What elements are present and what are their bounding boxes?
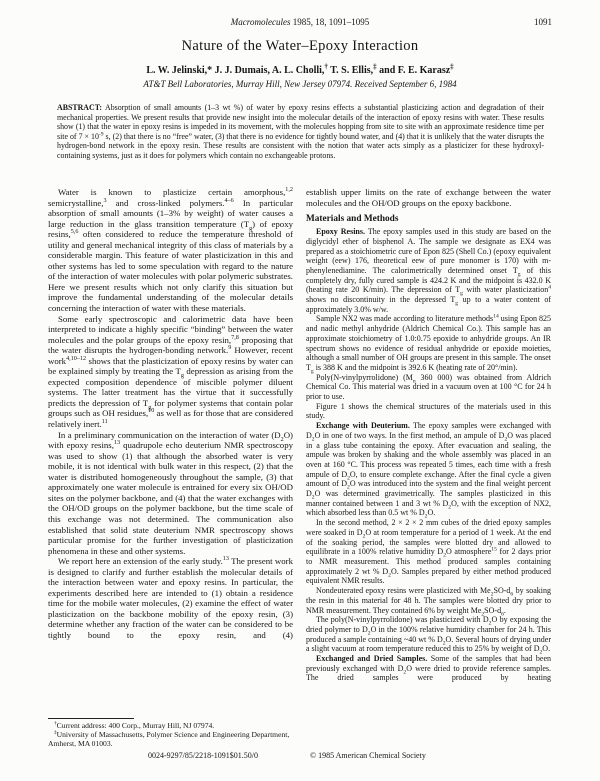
paper-title: Nature of the Water–Epoxy Interaction [30, 38, 570, 55]
abstract: ABSTRACT: Absorption of small amounts (1… [57, 103, 544, 161]
running-head: Macromolecules 1985, 18, 1091–1095 1091 [48, 17, 552, 28]
abstract-text: Absorption of small amounts (1–3 wt %) o… [57, 103, 544, 160]
methods-paragraph: The poly(N-vinylpyrrolidone) was plastic… [306, 615, 551, 654]
body-paragraph: Some early spectroscopic and calorimetri… [48, 314, 293, 430]
journal-citation: Macromolecules 1985, 18, 1091–1095 [48, 17, 552, 28]
abstract-label: ABSTRACT: [57, 103, 102, 112]
methods-paragraph: Figure 1 shows the chemical structures o… [306, 402, 551, 421]
issn-code: 0024-9297/85/2218-1091$01.50/0 [148, 751, 258, 760]
body-paragraph: Water is known to plasticize certain amo… [48, 187, 293, 314]
affiliation-line: AT&T Bell Laboratories, Murray Hill, New… [30, 79, 570, 89]
methods-paragraph: Exchanged and Dried Samples. Some of the… [306, 654, 551, 683]
two-column-body: Water is known to plasticize certain amo… [48, 187, 552, 749]
methods-paragraph: In the second method, 2 × 2 × 2 mm cubes… [306, 518, 551, 586]
paragraph-text: The epoxy samples were exchanged with D2… [306, 421, 551, 517]
paragraph-lead: Exchange with Deuterium. [316, 421, 410, 430]
methods-paragraph: Sample NX2 was made according to literat… [306, 314, 551, 372]
journal-name: Macromolecules [231, 17, 291, 27]
journal-volume-pages: 1985, 18, 1091–1095 [293, 17, 370, 27]
paragraph-lead: Exchanged and Dried Samples. [316, 654, 427, 663]
copyright-line: © 1985 American Chemical Society [310, 751, 426, 760]
methods-paragraph: Poly(N-vinylpyrrolidone) (Mn 360 000) wa… [306, 373, 551, 402]
footnote-block: †Current address: 400 Corp., Murray Hill… [48, 714, 293, 749]
section-heading-materials-and-methods: Materials and Methods [306, 214, 551, 224]
body-paragraph: We report here an extension of the early… [48, 556, 293, 640]
body-paragraph: In a preliminary communication on the in… [48, 430, 293, 557]
right-column: establish upper limits on the rate of ex… [306, 187, 551, 749]
methods-paragraph: Nondeuterated epoxy resins were plastici… [306, 586, 551, 615]
methods-paragraph: Epoxy Resins. The epoxy samples used in … [306, 227, 551, 314]
paragraph-text: The epoxy samples used in this study are… [306, 227, 551, 314]
authors-line: L. W. Jelinski,* J. J. Dumais, A. L. Cho… [30, 65, 570, 76]
page-number: 1091 [534, 17, 552, 28]
body-paragraph-continuation: establish upper limits on the rate of ex… [306, 187, 551, 208]
footnote-rule [48, 718, 134, 719]
left-column: Water is known to plasticize certain amo… [48, 187, 293, 749]
footnote: ‡University of Massachusetts, Polymer Sc… [48, 731, 293, 749]
paragraph-lead: Epoxy Resins. [316, 227, 365, 236]
title-block: Nature of the Water–Epoxy Interaction L.… [30, 38, 570, 89]
methods-paragraph: Exchange with Deuterium. The epoxy sampl… [306, 421, 551, 518]
journal-page: Macromolecules 1985, 18, 1091–1095 1091 … [0, 0, 600, 781]
